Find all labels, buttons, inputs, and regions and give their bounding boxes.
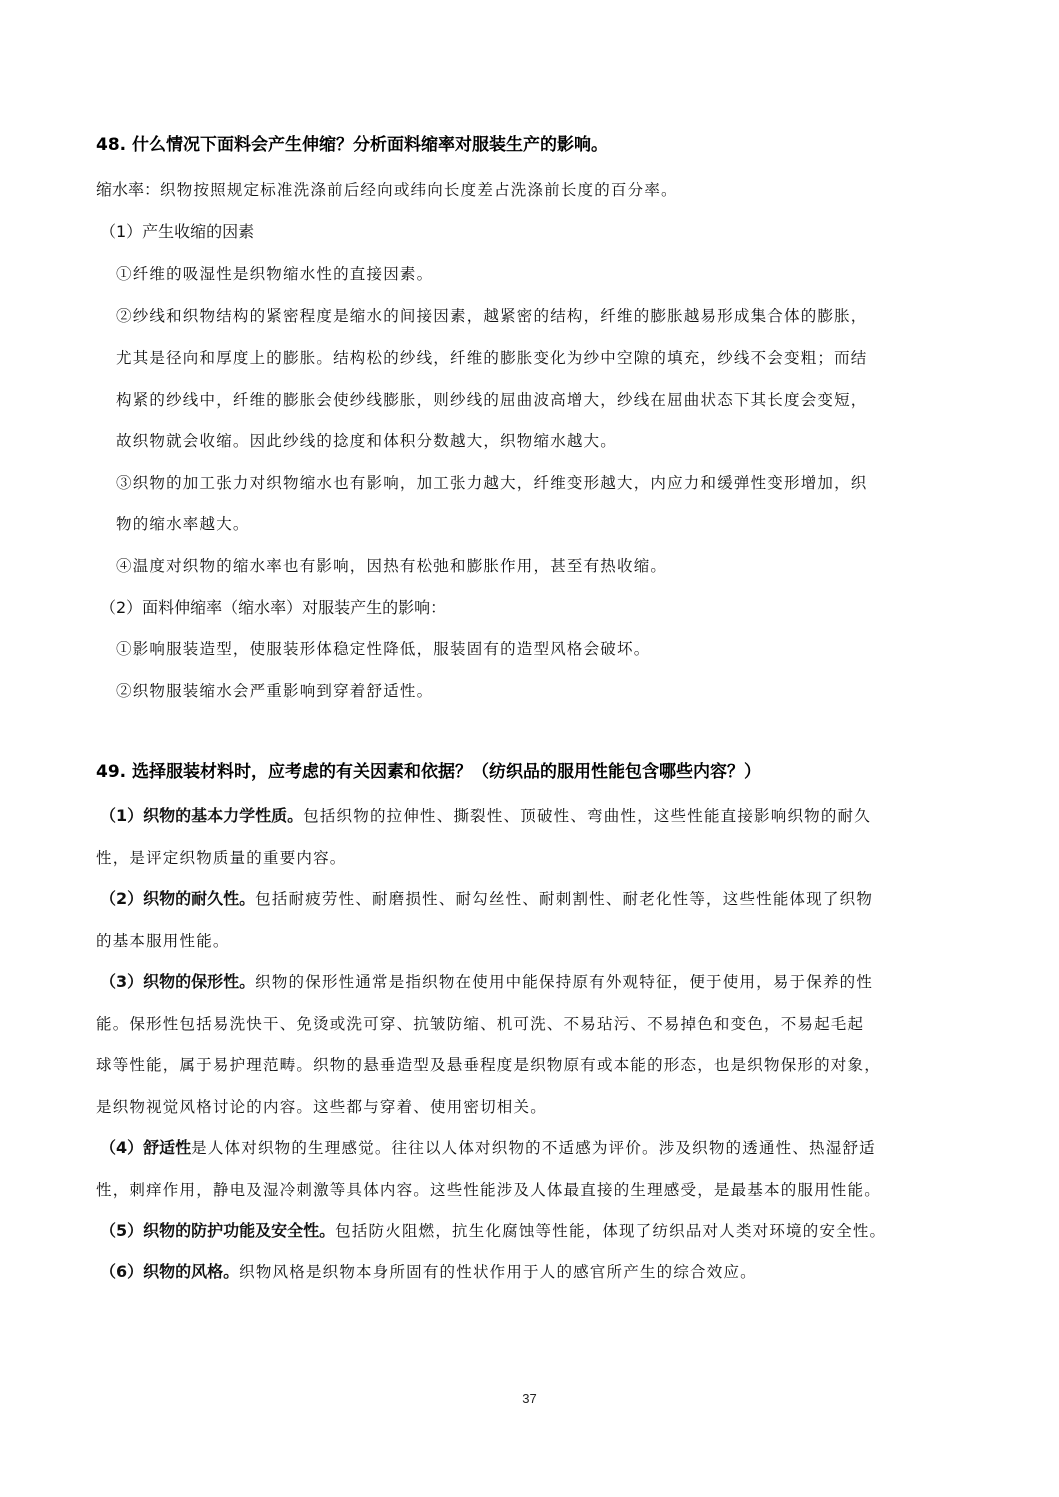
q48-section2-title: （2）面料伸缩率（缩水率）对服装产生的影响： (100, 598, 446, 618)
item-lead: （6）织物的风格。 (100, 1262, 239, 1281)
q48-title: 48. 什么情况下面料会产生伸缩？分析面料缩率对服装生产的影响。 (96, 135, 608, 155)
q48-s2-line: ①影响服装造型，使服装形体稳定性降低，服装固有的造型风格会破坏。 (116, 639, 650, 659)
q49-title: 49. 选择服装材料时，应考虑的有关因素和依据？（纺织品的服用性能包含哪些内容？… (96, 762, 761, 782)
item-text: 包括织物的拉伸性、撕裂性、顶破性、弯曲性，这些性能直接影响织物的耐久 (303, 807, 871, 825)
item-text: 织物的保形性通常是指织物在使用中能保持原有外观特征，便于使用，易于保养的性 (255, 973, 873, 991)
q48-s1-line: 故织物就会收缩。因此纱线的捻度和体积分数越大，织物缩水越大。 (116, 431, 617, 451)
item-text: 包括耐疲劳性、耐磨损性、耐勾丝性、耐刺割性、耐老化性等，这些性能体现了织物 (255, 890, 873, 908)
q48-definition: 缩水率：织物按照规定标准洗涤前后经向或纬向长度差占洗涤前长度的百分率。 (96, 180, 678, 200)
q49-item-2: （2）织物的耐久性。包括耐疲劳性、耐磨损性、耐勾丝性、耐刺割性、耐老化性等，这些… (100, 889, 873, 909)
q49-item-4-cont: 性，刺痒作用，静电及湿冷刺激等具体内容。这些性能涉及人体最直接的生理感受，是最基… (96, 1180, 881, 1200)
q49-item-1-cont: 性，是评定织物质量的重要内容。 (96, 848, 347, 868)
q48-s1-line: ①纤维的吸湿性是织物缩水性的直接因素。 (116, 264, 433, 284)
page-number: 37 (0, 1391, 1059, 1406)
q49-item-3: （3）织物的保形性。织物的保形性通常是指织物在使用中能保持原有外观特征，便于使用… (100, 972, 873, 992)
item-text: 是人体对织物的生理感觉。往往以人体对织物的不适感为评价。涉及织物的透通性、热湿舒… (191, 1139, 876, 1157)
q48-section1-title: （1）产生收缩的因素 (100, 222, 254, 242)
item-lead: （5）织物的防护功能及安全性。 (100, 1221, 335, 1240)
q48-s1-line: 物的缩水率越大。 (116, 514, 250, 534)
q49-item-6: （6）织物的风格。织物风格是织物本身所固有的性状作用于人的感官所产生的综合效应。 (100, 1262, 757, 1282)
definition-text: 织物按照规定标准洗涤前后经向或纬向长度差占洗涤前长度的百分率。 (160, 181, 678, 199)
q49-item-1: （1）织物的基本力学性质。包括织物的拉伸性、撕裂性、顶破性、弯曲性，这些性能直接… (100, 806, 871, 826)
document-page: 48. 什么情况下面料会产生伸缩？分析面料缩率对服装生产的影响。 缩水率：织物按… (0, 0, 1059, 1497)
item-text: 包括防火阻燃，抗生化腐蚀等性能，体现了纺织品对人类对环境的安全性。 (335, 1222, 886, 1240)
item-lead: （3）织物的保形性。 (100, 972, 255, 991)
q49-item-3-cont: 球等性能，属于易护理范畴。织物的悬垂造型及悬垂程度是织物原有或本能的形态，也是织… (96, 1055, 881, 1075)
q49-item-2-cont: 的基本服用性能。 (96, 931, 230, 951)
q49-item-3-cont: 能。保形性包括易洗快干、免烫或洗可穿、抗皱防缩、机可洗、不易玷污、不易掉色和变色… (96, 1014, 864, 1034)
item-lead: （1）织物的基本力学性质。 (100, 806, 303, 825)
item-lead: （2）织物的耐久性。 (100, 889, 255, 908)
q48-s1-line: ④温度对织物的缩水率也有影响，因热有松弛和膨胀作用，甚至有热收缩。 (116, 556, 667, 576)
q48-s1-line: ②纱线和织物结构的紧密程度是缩水的间接因素，越紧密的结构，纤维的膨胀越易形成集合… (116, 306, 868, 326)
q49-item-5: （5）织物的防护功能及安全性。包括防火阻燃，抗生化腐蚀等性能，体现了纺织品对人类… (100, 1221, 886, 1241)
q48-s1-line: ③织物的加工张力对织物缩水也有影响，加工张力越大，纤维变形越大，内应力和缓弹性变… (116, 473, 868, 493)
item-lead: （4）舒适性 (100, 1138, 191, 1157)
q48-s1-line: 构紧的纱线中，纤维的膨胀会使纱线膨胀，则纱线的屈曲波高增大，纱线在屈曲状态下其长… (116, 390, 868, 410)
q49-item-4: （4）舒适性是人体对织物的生理感觉。往往以人体对织物的不适感为评价。涉及织物的透… (100, 1138, 876, 1158)
definition-label: 缩水率： (96, 180, 160, 199)
q48-s2-line: ②织物服装缩水会严重影响到穿着舒适性。 (116, 681, 433, 701)
item-text: 织物风格是织物本身所固有的性状作用于人的感官所产生的综合效应。 (239, 1263, 757, 1281)
q48-s1-line: 尤其是径向和厚度上的膨胀。结构松的纱线，纤维的膨胀变化为纱中空隙的填充，纱线不会… (116, 348, 868, 368)
q49-item-3-cont: 是织物视觉风格讨论的内容。这些都与穿着、使用密切相关。 (96, 1097, 547, 1117)
